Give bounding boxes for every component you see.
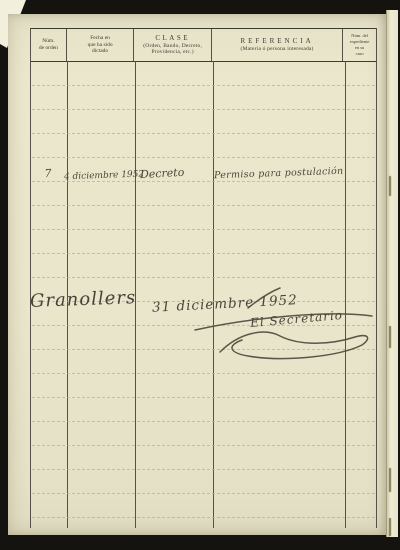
binding-stitch — [389, 326, 391, 348]
rule-line — [32, 373, 375, 374]
rule-line — [32, 517, 375, 518]
signature-underline — [195, 314, 372, 330]
table-header-row: Núm. de orden Fecha en que ha sido dicta… — [31, 29, 376, 62]
binding-gutter — [386, 10, 398, 537]
rule-line — [32, 205, 375, 206]
rule-line — [32, 493, 375, 494]
entry-clase: Decreto — [140, 166, 185, 181]
rule-line — [32, 229, 375, 230]
entry-number: 7 — [30, 166, 66, 180]
signature-rubric — [20, 282, 385, 367]
rule-line — [32, 469, 375, 470]
column-subtitle: (Materia ó persona interesada) — [241, 46, 314, 53]
rule-line — [32, 109, 375, 110]
column-subtitle: (Orden, Bando, Decreto, Providencia, etc… — [143, 43, 202, 57]
signature-loop — [220, 332, 368, 358]
binding-stitch — [389, 468, 391, 492]
column-header-referencia: REFERENCIA (Materia ó persona interesada… — [212, 29, 343, 61]
date-flourish — [248, 288, 280, 308]
registry-table: Núm. de orden Fecha en que ha sido dicta… — [30, 28, 377, 528]
rule-line — [32, 421, 375, 422]
binding-stitch — [389, 176, 391, 196]
rule-line — [32, 445, 375, 446]
rule-line — [32, 133, 375, 134]
rule-line — [32, 85, 375, 86]
rule-line — [32, 277, 375, 278]
rule-line — [32, 253, 375, 254]
binding-stitch — [389, 518, 391, 536]
column-header-num-orden: Núm. de orden — [31, 29, 67, 61]
column-title: CLASE — [155, 34, 190, 43]
column-header-expediente: Núm. del expediente en su caso — [343, 29, 376, 61]
column-header-clase: CLASE (Orden, Bando, Decreto, Providenci… — [134, 29, 212, 61]
rule-line — [32, 397, 375, 398]
column-header-fecha: Fecha en que ha sido dictado — [67, 29, 135, 61]
rule-line — [32, 157, 375, 158]
scanned-ledger-page: Núm. de orden Fecha en que ha sido dicta… — [0, 0, 400, 550]
column-title: REFERENCIA — [240, 37, 313, 46]
